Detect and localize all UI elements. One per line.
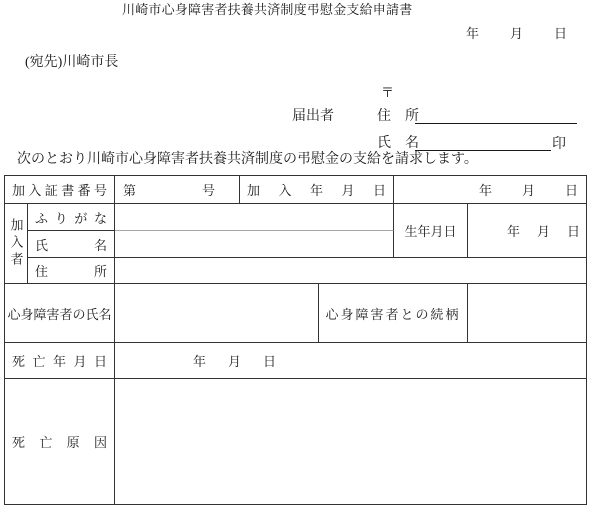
member-group-label: 加入者: [7, 218, 26, 269]
application-form-page: 川崎市心身障害者扶養共済制度弔慰金支給申請書 年 月 日 (宛先)川崎市長 〒 …: [0, 0, 591, 510]
relation-label-cell: 心身障害者との続柄: [319, 284, 468, 343]
furigana-value-cell: [115, 204, 394, 231]
death-year-label: 年: [193, 351, 206, 370]
relation-label: 心身障害者との続柄: [325, 304, 460, 323]
death-cause-label: 死亡原因: [5, 432, 114, 451]
relation-value-cell: [468, 284, 586, 343]
cert-number-label-cell: 加入証書番号: [5, 176, 115, 204]
notifier-address-label: 住 所: [377, 109, 419, 124]
death-cause-label-cell: 死亡原因: [5, 379, 115, 504]
disabled-name-label: 心身障害者の氏名: [7, 304, 111, 323]
postal-mark: 〒: [381, 86, 394, 100]
join-date-value-cell: 年 月 日: [394, 176, 586, 204]
notifier-name-label: 氏 名: [377, 136, 419, 151]
furigana-label: ふりがな: [28, 208, 114, 227]
cert-number-label: 加入証書番号: [5, 180, 114, 199]
disabled-name-value-cell: [115, 284, 319, 343]
header-date-line: 年 月 日: [466, 27, 567, 41]
birth-day-label: 日: [567, 221, 580, 240]
header-month-label: 月: [510, 27, 523, 41]
seal-label: 印: [552, 137, 566, 152]
join-day-label: 日: [565, 180, 578, 199]
member-address-label-cell: 住所: [28, 258, 115, 284]
death-date-label: 死亡年月日: [5, 351, 114, 370]
birth-date-label-cell: 生年月日: [394, 204, 468, 258]
join-year-label: 年: [479, 180, 492, 199]
birth-year-label: 年: [507, 221, 520, 240]
death-cause-value-cell: [115, 379, 586, 504]
notifier-name-line: [415, 137, 551, 151]
application-table: 加入証書番号 第 号 加入年月日 年 月 日 加入者 ふりがな 氏名: [4, 175, 587, 505]
disabled-name-label-cell: 心身障害者の氏名: [5, 284, 115, 343]
member-address-label: 住所: [28, 261, 114, 280]
death-day-label: 日: [263, 351, 276, 370]
furigana-label-cell: ふりがな: [28, 204, 115, 231]
death-month-label: 月: [228, 351, 241, 370]
join-date-label-cell: 加入年月日: [240, 176, 394, 204]
member-name-value-cell: [115, 231, 394, 258]
cert-number-prefix: 第: [123, 180, 136, 199]
header-year-label: 年: [466, 27, 479, 41]
member-name-label-cell: 氏名: [28, 231, 115, 258]
birth-date-value-cell: 年 月 日: [468, 204, 586, 258]
cert-number-value-cell: 第 号: [115, 176, 240, 204]
birth-date-label: 生年月日: [404, 221, 456, 240]
notifier-address-line: [415, 110, 577, 124]
form-title: 川崎市心身障害者扶養共済制度弔慰金支給申請書: [122, 3, 412, 17]
cert-number-suffix: 号: [202, 180, 215, 199]
death-date-label-cell: 死亡年月日: [5, 343, 115, 379]
join-month-label: 月: [522, 180, 535, 199]
death-date-value-cell: 年 月 日: [115, 343, 586, 379]
birth-month-label: 月: [537, 221, 550, 240]
addressee: (宛先)川崎市長: [25, 55, 118, 70]
member-name-label: 氏名: [28, 235, 114, 254]
notifier-label: 届出者: [292, 109, 334, 124]
join-date-label: 加入年月日: [240, 180, 393, 199]
member-group-cell: 加入者: [5, 204, 28, 284]
member-address-value-cell: [115, 258, 586, 284]
header-day-label: 日: [554, 27, 567, 41]
request-sentence: 次のとおり川崎市心身障害者扶養共済制度の弔慰金の支給を請求します。: [17, 152, 478, 167]
